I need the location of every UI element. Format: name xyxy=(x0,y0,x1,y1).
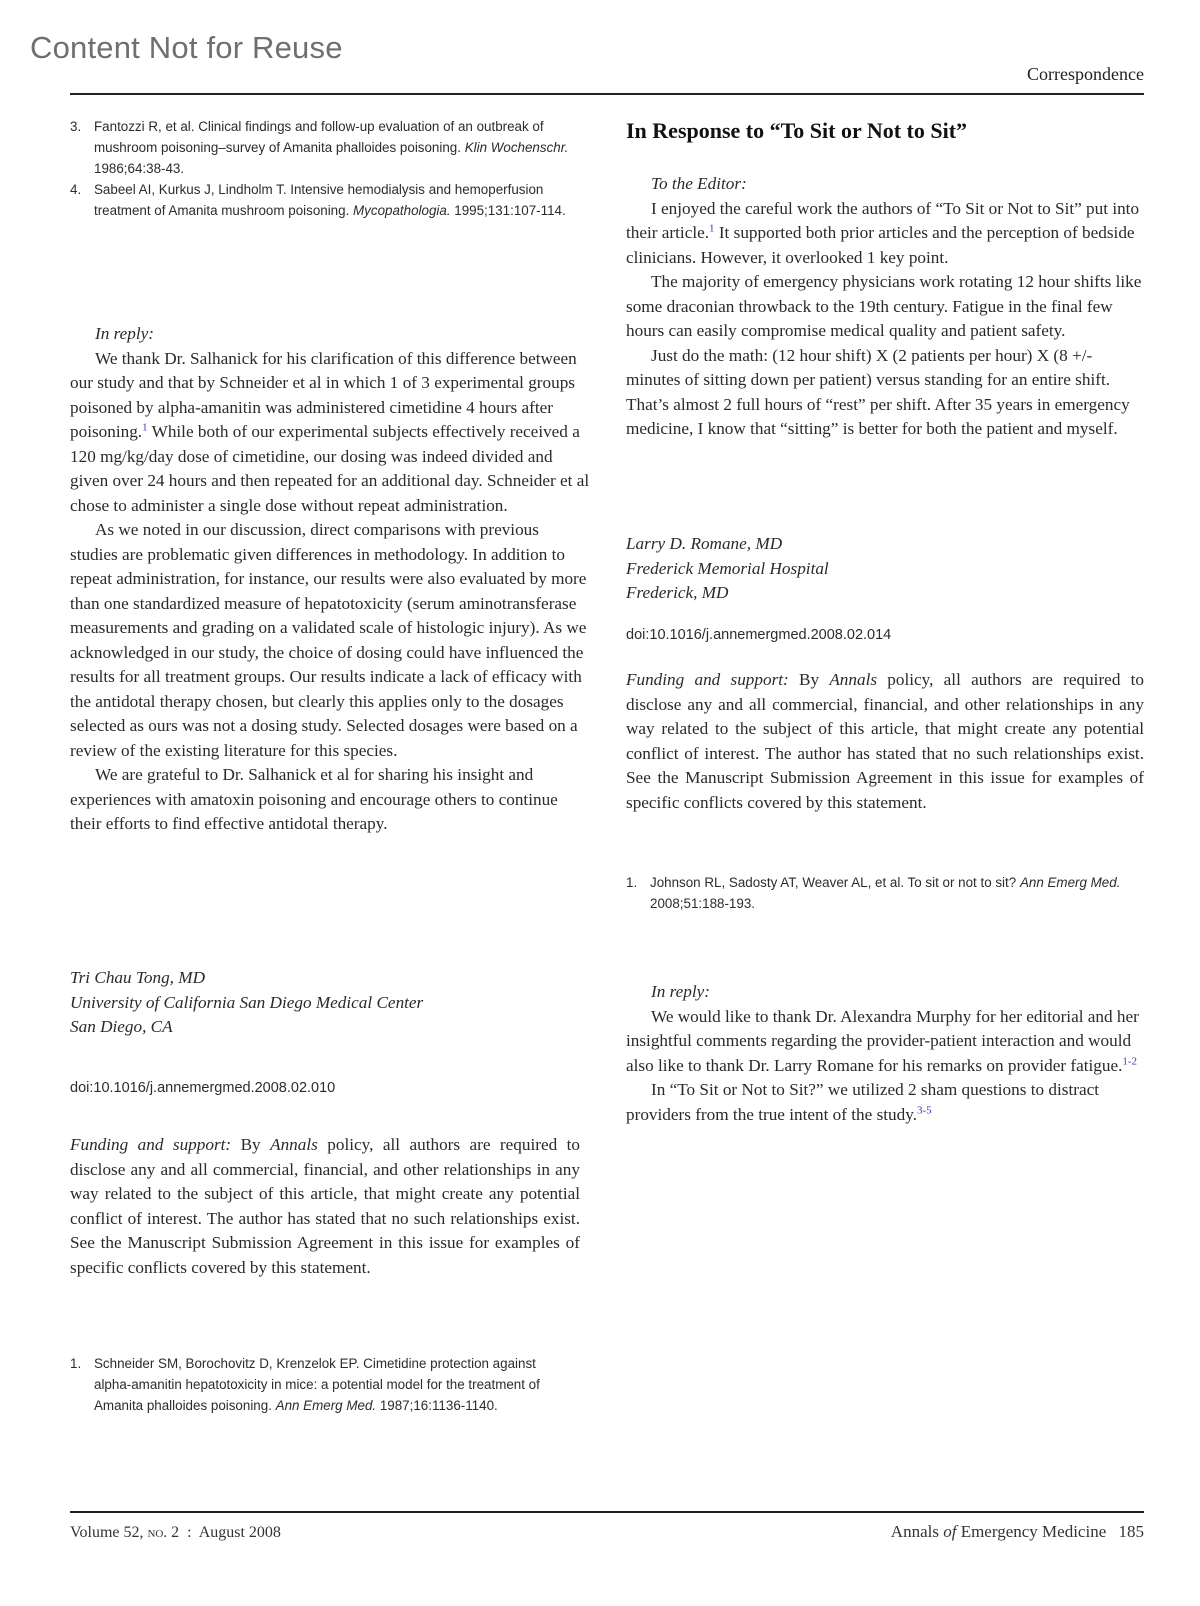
reply-paragraph: We are grateful to Dr. Salhanick et al f… xyxy=(70,763,590,837)
doi: doi:10.1016/j.annemergmed.2008.02.010 xyxy=(70,1080,335,1096)
footer-issue-info: Volume 52, no. 2 : August 2008 xyxy=(70,1524,281,1542)
reference-number: 4. xyxy=(70,179,94,221)
top-reference-list: 3. Fantozzi R, et al. Clinical findings … xyxy=(70,116,570,221)
funding-text: By xyxy=(231,1135,270,1154)
author-location: Frederick, MD xyxy=(626,581,829,606)
funding-statement: Funding and support: By Annals policy, a… xyxy=(70,1133,580,1280)
reference-item: 1. Schneider SM, Borochovitz D, Krenzelo… xyxy=(70,1353,575,1416)
reference-item: 4. Sabeel AI, Kurkus J, Lindholm T. Inte… xyxy=(70,179,570,221)
funding-text: By xyxy=(789,670,830,689)
paragraph-text: The majority of emergency physicians wor… xyxy=(626,272,1141,340)
reference-citation: 1986;64:38-43. xyxy=(94,161,184,176)
footer-journal: Annals of Emergency Medicine 185 xyxy=(891,1522,1144,1542)
citation-link[interactable]: 1-2 xyxy=(1122,1055,1137,1067)
reply-paragraph: We thank Dr. Salhanick for his clarifica… xyxy=(70,347,590,519)
author-name: Tri Chau Tong, MD xyxy=(70,966,590,991)
reference-number: 3. xyxy=(70,116,94,179)
paragraph-text: We are grateful to Dr. Salhanick et al f… xyxy=(70,765,558,833)
reference-list: 1. Johnson RL, Sadosty AT, Weaver AL, et… xyxy=(626,872,1144,914)
reference-citation: 1987;16:1136-1140. xyxy=(376,1398,498,1413)
funding-text: policy, all authors are required to disc… xyxy=(70,1135,580,1277)
reply-paragraph: We would like to thank Dr. Alexandra Mur… xyxy=(626,1005,1144,1079)
author-name: Larry D. Romane, MD xyxy=(626,532,829,557)
reference-journal: Mycopathologia. xyxy=(353,203,451,218)
journal-name-part: Annals xyxy=(891,1522,939,1541)
watermark: Content Not for Reuse xyxy=(30,30,343,66)
reference-number: 1. xyxy=(626,872,650,914)
journal-name: Annals xyxy=(270,1135,318,1154)
reply-salutation: In reply: xyxy=(626,980,1144,1005)
page-number: 185 xyxy=(1119,1522,1145,1541)
author-signature: Larry D. Romane, MD Frederick Memorial H… xyxy=(626,532,829,606)
footer-volume: Volume 52, xyxy=(70,1524,143,1541)
letter-salutation: To the Editor: xyxy=(626,172,1144,197)
paragraph-text: While both of our experimental subjects … xyxy=(70,422,589,515)
article-title: In Response to “To Sit or Not to Sit” xyxy=(626,118,967,144)
funding-statement: Funding and support: By Annals policy, a… xyxy=(626,668,1144,815)
footer-issue: 2 xyxy=(171,1524,179,1541)
reference-item: 1. Johnson RL, Sadosty AT, Weaver AL, et… xyxy=(626,872,1144,914)
reply-paragraph: In “To Sit or Not to Sit?” we utilized 2… xyxy=(626,1078,1144,1127)
funding-text: policy, all authors are required to disc… xyxy=(626,670,1144,812)
reply-paragraph: As we noted in our discussion, direct co… xyxy=(70,518,590,763)
reference-journal: Klin Wochenschr. xyxy=(465,140,569,155)
reference-item: 3. Fantozzi R, et al. Clinical findings … xyxy=(70,116,570,179)
letter-paragraph: The majority of emergency physicians wor… xyxy=(626,270,1144,344)
doi: doi:10.1016/j.annemergmed.2008.02.014 xyxy=(626,627,891,643)
paragraph-text: As we noted in our discussion, direct co… xyxy=(70,520,586,760)
funding-label: Funding and support: xyxy=(70,1135,231,1154)
funding-label: Funding and support: xyxy=(626,670,789,689)
letter-paragraph: I enjoyed the careful work the authors o… xyxy=(626,197,1144,271)
footer-date: August 2008 xyxy=(199,1524,281,1541)
reference-citation: 2008;51:188-193. xyxy=(650,896,755,911)
reply-salutation: In reply: xyxy=(70,322,590,347)
journal-name: Annals xyxy=(829,670,877,689)
paragraph-text: Just do the math: (12 hour shift) X (2 p… xyxy=(626,346,1130,439)
running-head: Correspondence xyxy=(1027,64,1144,85)
author-affiliation: University of California San Diego Medic… xyxy=(70,991,590,1016)
footer-separator: : xyxy=(187,1524,191,1541)
author-signature: Tri Chau Tong, MD University of Californ… xyxy=(70,966,590,1040)
paragraph-text: We would like to thank Dr. Alexandra Mur… xyxy=(626,1007,1139,1075)
reference-number: 1. xyxy=(70,1353,94,1416)
top-rule xyxy=(70,93,1144,95)
letter-body: To the Editor: I enjoyed the careful wor… xyxy=(626,172,1144,442)
reference-citation: 1995;131:107-114. xyxy=(451,203,566,218)
reference-list: 1. Schneider SM, Borochovitz D, Krenzelo… xyxy=(70,1353,575,1416)
author-affiliation: Frederick Memorial Hospital xyxy=(626,557,829,582)
letter-paragraph: Just do the math: (12 hour shift) X (2 p… xyxy=(626,344,1144,442)
journal-name-part: Emergency Medicine xyxy=(961,1522,1107,1541)
paragraph-text: In “To Sit or Not to Sit?” we utilized 2… xyxy=(626,1080,1099,1124)
bottom-rule xyxy=(70,1511,1144,1513)
reference-journal: Ann Emerg Med. xyxy=(276,1398,376,1413)
reply-body: In reply: We thank Dr. Salhanick for his… xyxy=(70,322,590,837)
reference-journal: Ann Emerg Med. xyxy=(1020,875,1120,890)
citation-link[interactable]: 3-5 xyxy=(917,1104,932,1116)
author-location: San Diego, CA xyxy=(70,1015,590,1040)
journal-name-part: of xyxy=(943,1522,956,1541)
footer-issue-label: no. xyxy=(147,1525,167,1541)
reply-body: In reply: We would like to thank Dr. Ale… xyxy=(626,980,1144,1127)
reference-text: Johnson RL, Sadosty AT, Weaver AL, et al… xyxy=(650,875,1020,890)
